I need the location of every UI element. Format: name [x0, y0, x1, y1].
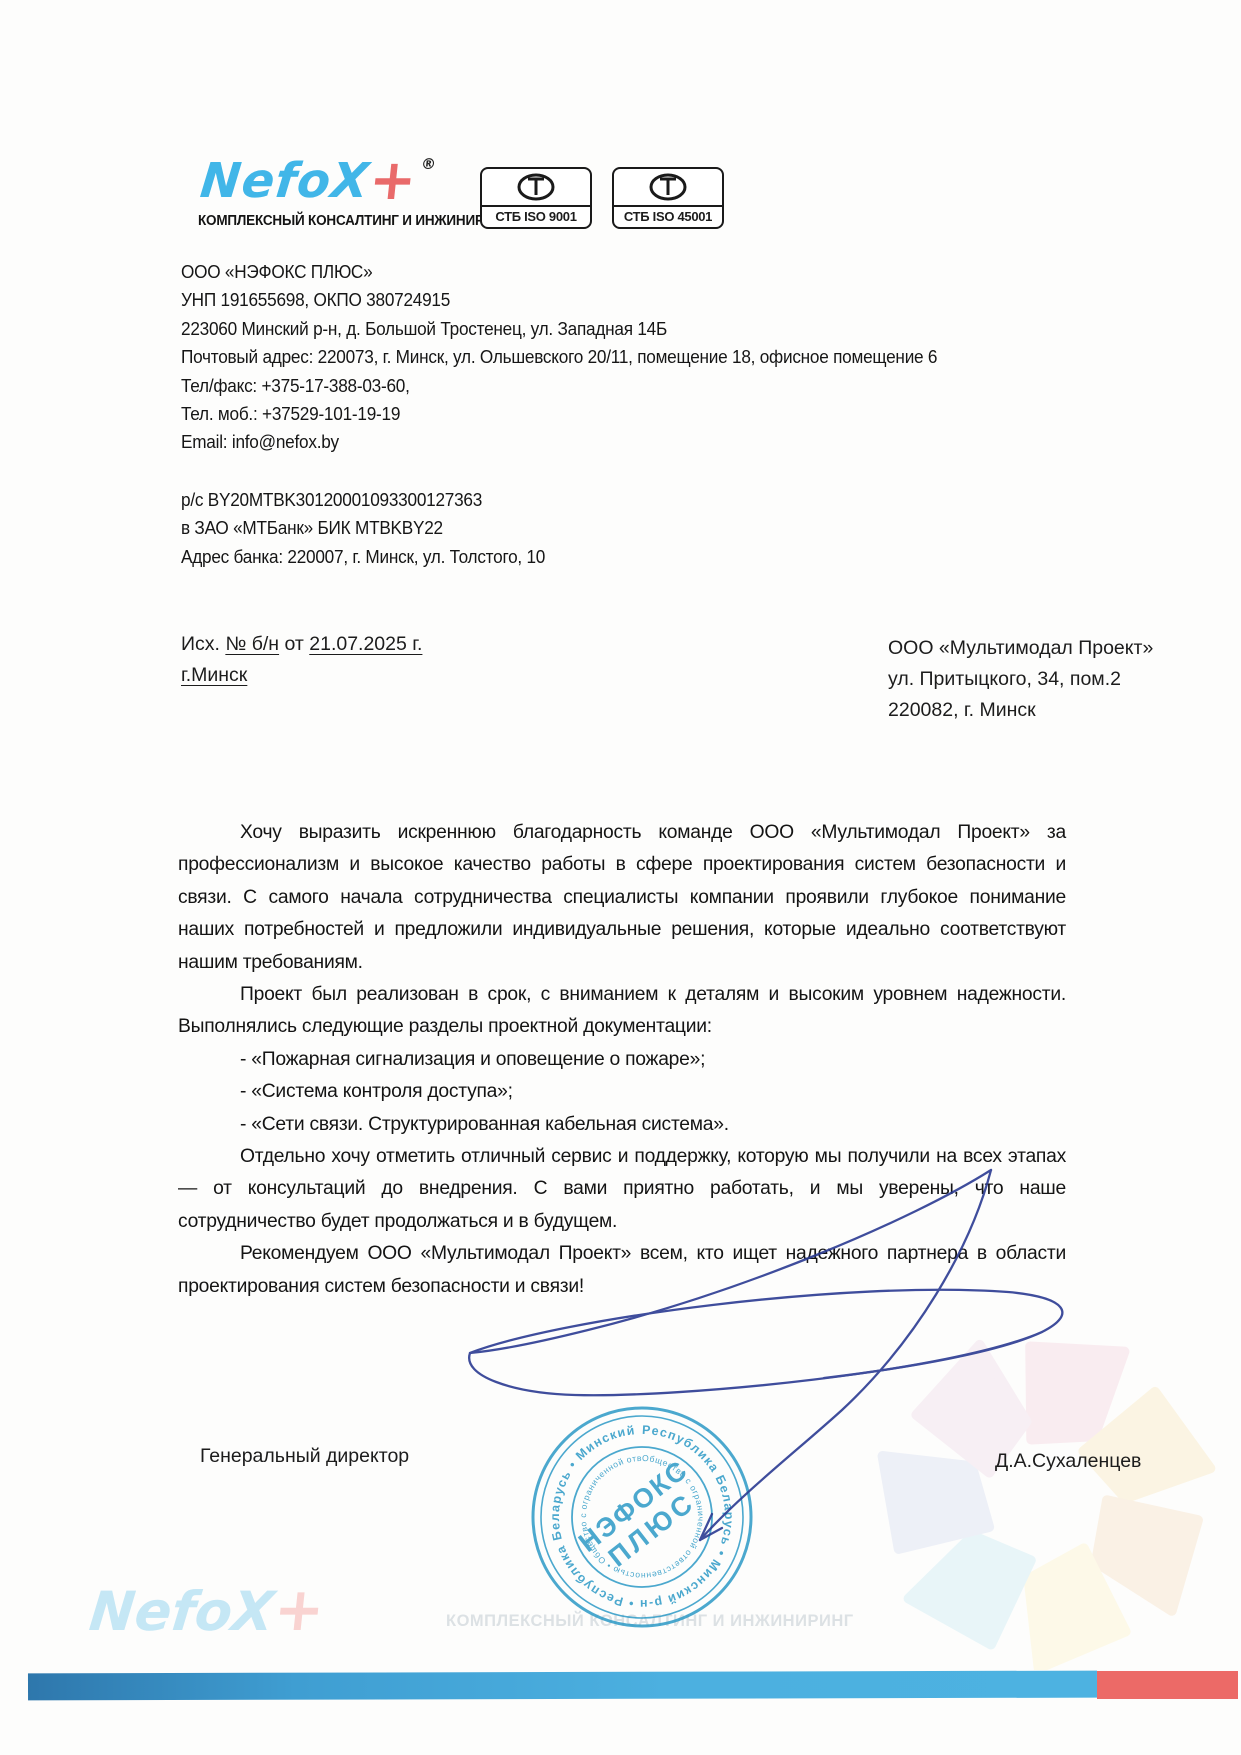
stb-mark-icon	[482, 169, 590, 205]
stb-mark-icon	[614, 169, 722, 205]
watermark-plus-icon: +	[270, 1575, 328, 1645]
ref-prefix: Исх.	[181, 633, 225, 655]
email: Email: info@nefox.by	[181, 428, 937, 456]
company-details: ООО «НЭФОКС ПЛЮС» УНП 191655698, ОКПО 38…	[181, 258, 973, 457]
reference-line: Исх. № б/н от 21.07.2025 г.	[181, 629, 422, 660]
certification-badges: СТБ ISO 9001 СТБ ISO 45001	[480, 167, 724, 229]
company-name: ООО «НЭФОКС ПЛЮС»	[181, 258, 937, 286]
reference-block: Исх. № б/н от 21.07.2025 г. г.Минск	[181, 629, 422, 691]
recipient-name: ООО «Мультимодал Проект»	[888, 633, 1153, 664]
signer-name: Д.А.Сухаленцев	[995, 1450, 1141, 1473]
postal-address: Почтовый адрес: 220073, г. Минск, ул. Ол…	[181, 343, 937, 371]
ref-city: г.Минск	[181, 660, 422, 691]
bank-account: р/с BY20MTBK30120001093300127363	[181, 486, 545, 514]
footer-red-bar	[1097, 1671, 1238, 1699]
logo-tagline: КОМПЛЕКСНЫЙ КОНСАЛТИНГ И ИНЖИНИРИНГ	[198, 213, 458, 229]
phone-fax: Тел/факс: +375-17-388-03-60,	[181, 372, 937, 400]
list-item: - «Пожарная сигнализация и оповещение о …	[178, 1044, 1066, 1076]
logo-wordmark: NefoX+®	[198, 138, 485, 207]
letter-body: Хочу выразить искреннюю благодарность ко…	[178, 817, 1066, 1303]
paragraph: Проект был реализован в срок, с внимание…	[178, 979, 1066, 1044]
company-ids: УНП 191655698, ОКПО 380724915	[181, 286, 937, 314]
paragraph: Рекомендуем ООО «Мультимодал Проект» все…	[178, 1238, 1066, 1303]
iso-45001-badge: СТБ ISO 45001	[612, 167, 724, 229]
recipient-street: ул. Притыцкого, 34, пом.2	[888, 664, 1153, 695]
badge-label: СТБ ISO 9001	[482, 205, 590, 227]
recipient-city: 220082, г. Минск	[888, 695, 1153, 726]
signer-position: Генеральный директор	[200, 1445, 409, 1468]
list-item: - «Сети связи. Структурированная кабельн…	[178, 1109, 1066, 1141]
list-item: - «Система контроля доступа»;	[178, 1076, 1066, 1108]
ref-number: № б/н	[225, 633, 279, 655]
ref-date: 21.07.2025 г.	[309, 633, 422, 655]
paragraph: Отдельно хочу отметить отличный сервис и…	[178, 1141, 1066, 1238]
aperture-watermark-icon	[855, 1325, 1235, 1670]
iso-9001-badge: СТБ ISO 9001	[480, 167, 592, 229]
letter-page: NefoX+® КОМПЛЕКСНЫЙ КОНСАЛТИНГ И ИНЖИНИР…	[0, 0, 1241, 1755]
bank-details: р/с BY20MTBK30120001093300127363 в ЗАО «…	[181, 486, 562, 571]
company-stamp: Республика Беларусь • Минский р-н • Респ…	[527, 1402, 757, 1632]
logo-name: NefoX	[198, 153, 372, 209]
watermark-logo: NefoX+	[86, 1575, 328, 1645]
company-logo: NefoX+® КОМПЛЕКСНЫЙ КОНСАЛТИНГ И ИНЖИНИР…	[198, 138, 478, 229]
registered-trademark-icon: ®	[420, 155, 437, 173]
badge-label: СТБ ISO 45001	[614, 205, 722, 227]
watermark-logo-name: NefoX	[87, 1580, 278, 1643]
phone-mobile: Тел. моб.: +37529-101-19-19	[181, 400, 937, 428]
logo-plus-icon: +	[366, 148, 420, 213]
footer-blue-bar	[28, 1671, 1097, 1701]
company-address: 223060 Минский р-н, д. Большой Тростенец…	[181, 315, 937, 343]
recipient-block: ООО «Мультимодал Проект» ул. Притыцкого,…	[888, 633, 1153, 726]
bank-name: в ЗАО «МТБанк» БИК MTBKBY22	[181, 514, 545, 542]
paragraph: Хочу выразить искреннюю благодарность ко…	[178, 817, 1066, 979]
ref-from: от	[279, 633, 309, 655]
bank-address: Адрес банка: 220007, г. Минск, ул. Толст…	[181, 543, 545, 571]
